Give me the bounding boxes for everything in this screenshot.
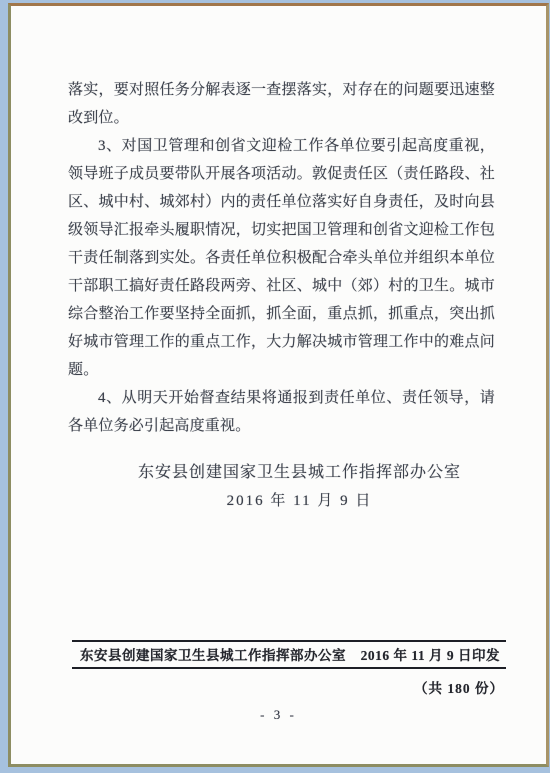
signature-date: 2016 年 11 月 9 日 (53, 487, 546, 516)
paragraph-item-3: 3、对国卫管理和创省文迎检工作各单位要引起高度重视，领导班子成员要带队开展各项活… (68, 132, 495, 384)
signature-block: 东安县创建国家卫生县城工作指挥部办公室 2016 年 11 月 9 日 (11, 458, 546, 516)
colophon-print-date: 2016 年 11 月 9 日印发 (361, 644, 500, 664)
paragraph-item-4: 4、从明天开始督查结果将通报到责任单位、责任领导，请各单位务必引起高度重视。 (68, 384, 495, 440)
colophon-row: 东安县创建国家卫生县城工作指挥部办公室 2016 年 11 月 9 日印发 (72, 640, 506, 669)
document-body: 落实，要对照任务分解表逐一查摆落实，对存在的问题要迅速整改到位。 3、对国卫管理… (68, 76, 495, 440)
paragraph-continuation: 落实，要对照任务分解表逐一查摆落实，对存在的问题要迅速整改到位。 (68, 76, 495, 132)
colophon-issuing-office: 东安县创建国家卫生县城工作指挥部办公室 (80, 644, 346, 664)
colophon-copies-count: （共 180 份） (72, 677, 506, 697)
document-page: 落实，要对照任务分解表逐一查摆落实，对存在的问题要迅速整改到位。 3、对国卫管理… (8, 3, 549, 767)
page-number: - 3 - (11, 707, 546, 723)
scan-background: 落实，要对照任务分解表逐一查摆落实，对存在的问题要迅速整改到位。 3、对国卫管理… (0, 0, 550, 773)
colophon-block: 东安县创建国家卫生县城工作指挥部办公室 2016 年 11 月 9 日印发 （共… (72, 640, 506, 697)
signature-office-name: 东安县创建国家卫生县城工作指挥部办公室 (53, 458, 546, 487)
